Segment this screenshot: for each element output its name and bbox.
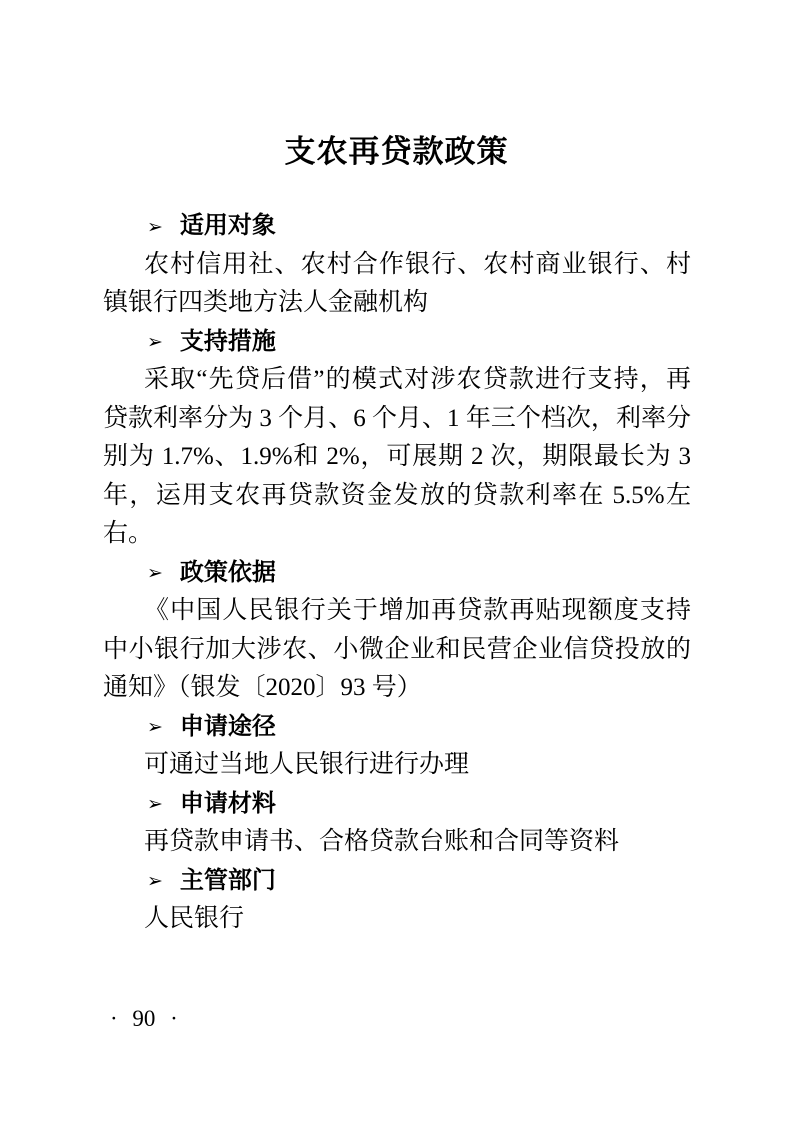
section-support-measures: ➢ 支持措施 采取“先贷后借”的模式对涉农贷款进行支持，再贷款利率分为 3 个月…	[103, 323, 691, 554]
section-applicable-entities: ➢ 适用对象 农村信用社、农村合作银行、农村商业银行、村镇银行四类地方法人金融机…	[103, 207, 691, 323]
section-heading: ➢ 申请途径	[147, 708, 691, 747]
arrow-bullet-icon: ➢	[147, 333, 163, 352]
section-heading-label: 政策依据	[180, 554, 276, 593]
section-body-text: 农村信用社、农村合作银行、农村商业银行、村镇银行四类地方法人金融机构	[103, 246, 691, 323]
arrow-bullet-icon: ➢	[147, 564, 163, 583]
section-heading: ➢ 申请材料	[147, 785, 691, 824]
page-number: · 90 ·	[110, 1006, 178, 1032]
section-competent-authority: ➢ 主管部门 人民银行	[103, 862, 691, 939]
section-body-text: 《中国人民银行关于增加再贷款再贴现额度支持中小银行加大涉农、小微企业和民营企业信…	[103, 592, 691, 708]
arrow-bullet-icon: ➢	[147, 218, 163, 237]
section-body-text: 采取“先贷后借”的模式对涉农贷款进行支持，再贷款利率分为 3 个月、6 个月、1…	[103, 361, 691, 554]
section-heading-label: 申请材料	[180, 785, 276, 824]
document-content: ➢ 适用对象 农村信用社、农村合作银行、农村商业银行、村镇银行四类地方法人金融机…	[103, 207, 691, 939]
section-heading-label: 适用对象	[180, 207, 276, 246]
arrow-bullet-icon: ➢	[147, 872, 163, 891]
arrow-bullet-icon: ➢	[147, 718, 163, 737]
section-policy-basis: ➢ 政策依据 《中国人民银行关于增加再贷款再贴现额度支持中小银行加大涉农、小微企…	[103, 554, 691, 708]
section-heading-label: 支持措施	[180, 323, 276, 362]
section-body-text: 人民银行	[103, 900, 691, 939]
document-page: 支农再贷款政策 ➢ 适用对象 农村信用社、农村合作银行、农村商业银行、村镇银行四…	[0, 0, 793, 1122]
arrow-bullet-icon: ➢	[147, 795, 163, 814]
section-body-text: 再贷款申请书、合格贷款台账和合同等资料	[103, 823, 691, 862]
section-application-materials: ➢ 申请材料 再贷款申请书、合格贷款台账和合同等资料	[103, 785, 691, 862]
section-heading: ➢ 支持措施	[147, 323, 691, 362]
section-heading: ➢ 主管部门	[147, 862, 691, 901]
section-heading-label: 申请途径	[180, 708, 276, 747]
section-heading: ➢ 适用对象	[147, 207, 691, 246]
section-body-text: 可通过当地人民银行进行办理	[103, 746, 691, 785]
page-title: 支农再贷款政策	[0, 126, 793, 171]
section-heading-label: 主管部门	[180, 862, 276, 901]
section-application-channel: ➢ 申请途径 可通过当地人民银行进行办理	[103, 708, 691, 785]
section-heading: ➢ 政策依据	[147, 554, 691, 593]
